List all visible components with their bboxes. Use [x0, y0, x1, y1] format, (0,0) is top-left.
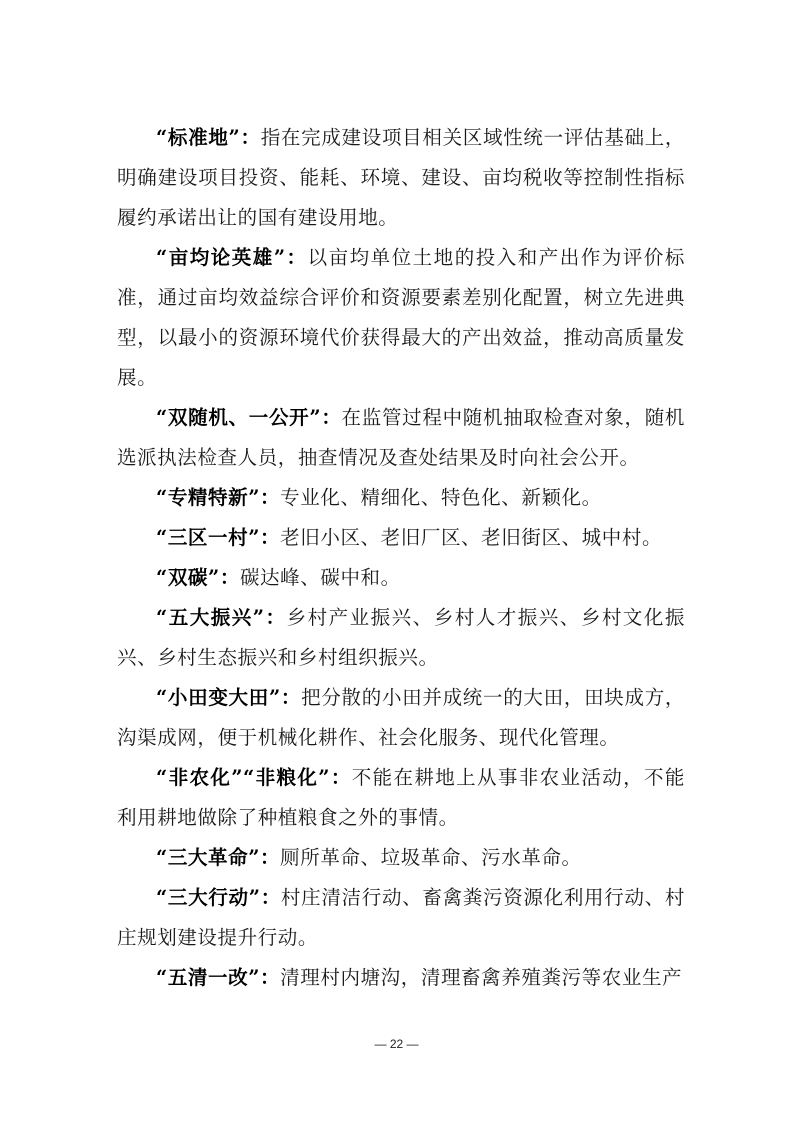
glossary-entry-non-agricultural-use: “非农化”“非粮化”：不能在耕地上从事非农业活动，不能利用耕地做除了种植粮食之外…	[117, 758, 685, 838]
glossary-term: “亩均论英雄”：	[156, 246, 308, 269]
page-number: — 22 —	[0, 1037, 793, 1051]
glossary-term: “专精特新”：	[156, 486, 280, 509]
glossary-term: “小田变大田”：	[156, 686, 301, 709]
glossary-entry-three-districts-one-village: “三区一村”：老旧小区、老旧厂区、老旧街区、城中村。	[117, 518, 685, 558]
glossary-definition: 清理村内塘沟，清理畜禽养殖粪污等农业生产	[280, 966, 682, 989]
glossary-term: “五清一改”：	[156, 966, 280, 989]
glossary-term: “双碳”：	[156, 566, 240, 589]
glossary-term: “三大行动”：	[156, 886, 281, 909]
glossary-term: “五大振兴”：	[156, 606, 287, 629]
glossary-entry-small-to-large-fields: “小田变大田”：把分散的小田并成统一的大田，田块成方，沟渠成网，便于机械化耕作、…	[117, 678, 685, 758]
glossary-entry-per-mu-heroes: “亩均论英雄”：以亩均单位土地的投入和产出作为评价标准，通过亩均效益综合评价和资…	[117, 238, 685, 398]
glossary-definition: 厕所革命、垃圾革命、污水革命。	[280, 846, 582, 869]
glossary-definition: 专业化、精细化、特色化、新颖化。	[280, 486, 602, 509]
glossary-term: “非农化”“非粮化”：	[156, 766, 352, 789]
document-body: “标准地”：指在完成建设项目相关区域性统一评估基础上，明确建设项目投资、能耗、环…	[117, 118, 685, 998]
glossary-entry-double-random: “双随机、一公开”：在监管过程中随机抽取检查对象，随机选派执法检查人员，抽查情况…	[117, 398, 685, 478]
glossary-entry-five-revitalizations: “五大振兴”：乡村产业振兴、乡村人才振兴、乡村文化振兴、乡村生态振兴和乡村组织振…	[117, 598, 685, 678]
glossary-definition: 老旧小区、老旧厂区、老旧街区、城中村。	[280, 526, 662, 549]
glossary-entry-dual-carbon: “双碳”：碳达峰、碳中和。	[117, 558, 685, 598]
glossary-entry-specialized-new: “专精特新”：专业化、精细化、特色化、新颖化。	[117, 478, 685, 518]
glossary-entry-five-cleanups-one-reform: “五清一改”：清理村内塘沟，清理畜禽养殖粪污等农业生产	[117, 958, 685, 998]
glossary-definition: 碳达峰、碳中和。	[240, 566, 401, 589]
glossary-term: “三区一村”：	[156, 526, 280, 549]
glossary-entry-standard-land: “标准地”：指在完成建设项目相关区域性统一评估基础上，明确建设项目投资、能耗、环…	[117, 118, 685, 238]
glossary-term: “三大革命”：	[156, 846, 280, 869]
glossary-entry-three-revolutions: “三大革命”：厕所革命、垃圾革命、污水革命。	[117, 838, 685, 878]
glossary-term: “双随机、一公开”：	[156, 406, 342, 429]
glossary-entry-three-actions: “三大行动”：村庄清洁行动、畜禽粪污资源化利用行动、村庄规划建设提升行动。	[117, 878, 685, 958]
glossary-term: “标准地”：	[156, 126, 261, 149]
